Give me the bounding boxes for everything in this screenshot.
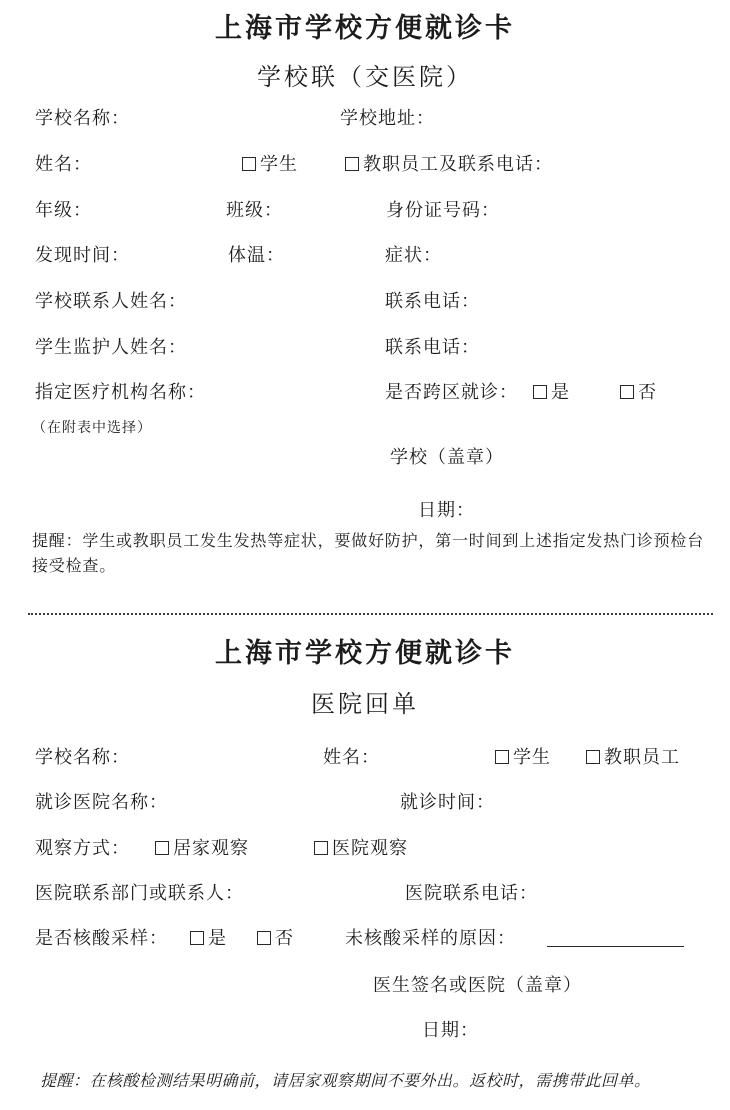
card1-date-label: 日期： — [418, 500, 475, 522]
cross-district-yes-label: 是 — [551, 382, 570, 402]
cross-district-yes-option: 是 — [533, 382, 570, 404]
guardian-name-label: 学生监护人姓名： — [35, 337, 187, 359]
card2-title: 上海市学校方便就诊卡 — [0, 631, 730, 670]
class-label: 班级： — [226, 200, 283, 222]
observation-label: 观察方式： — [35, 838, 130, 860]
nucleic-no-checkbox[interactable] — [257, 931, 271, 945]
staff-checkbox[interactable] — [345, 157, 359, 171]
hospital-observation-label: 医院观察 — [332, 838, 408, 858]
hospital-name-label: 就诊医院名称： — [35, 792, 168, 814]
contact-phone1-label: 联系电话： — [385, 291, 480, 313]
hospital-phone-label: 医院联系电话： — [405, 883, 538, 905]
home-observation-checkbox[interactable] — [155, 841, 169, 855]
temperature-label: 体温： — [228, 245, 285, 267]
card1-title: 上海市学校方便就诊卡 — [0, 6, 730, 45]
name-label-2: 姓名： — [323, 747, 380, 769]
contact-phone2-label: 联系电话： — [385, 337, 480, 359]
id-number-label: 身份证号码： — [386, 200, 500, 222]
student-checkbox[interactable] — [242, 157, 256, 171]
school-name-label-2: 学校名称： — [35, 747, 130, 769]
card2-date-label: 日期： — [422, 1020, 479, 1042]
name-label: 姓名： — [35, 154, 92, 176]
no-sampling-reason-label: 未核酸采样的原因： — [345, 928, 516, 950]
nucleic-yes-label: 是 — [208, 928, 227, 948]
nucleic-yes-checkbox[interactable] — [190, 931, 204, 945]
medical-card-form: 上海市学校方便就诊卡 学校联（交医院） 学校名称： 学校地址： 姓名： 学生 教… — [0, 0, 730, 1110]
cross-district-yes-checkbox[interactable] — [533, 385, 547, 399]
student-label-2: 学生 — [513, 747, 551, 767]
school-contact-name-label: 学校联系人姓名： — [35, 291, 187, 313]
staff-phone-label: 教职员工及联系电话： — [363, 154, 553, 174]
staff-checkbox-2[interactable] — [586, 750, 600, 764]
home-observation-option: 居家观察 — [155, 838, 249, 860]
card2-subtitle: 医院回单 — [0, 684, 730, 719]
hospital-observation-option: 医院观察 — [314, 838, 408, 860]
student-option-2: 学生 — [495, 747, 551, 769]
hospital-contact-label: 医院联系部门或联系人： — [35, 883, 244, 905]
school-seal-label: 学校（盖章） — [390, 447, 504, 469]
school-address-label: 学校地址： — [340, 108, 435, 130]
nucleic-no-label: 否 — [275, 928, 294, 948]
grade-label: 年级： — [35, 200, 92, 222]
nucleic-no-option: 否 — [257, 928, 294, 950]
school-name-label: 学校名称： — [35, 108, 130, 130]
staff-option-2: 教职员工 — [586, 747, 680, 769]
no-sampling-reason-blank[interactable] — [547, 930, 684, 947]
home-observation-label: 居家观察 — [173, 838, 249, 858]
cross-district-no-option: 否 — [620, 382, 657, 404]
nucleic-yes-option: 是 — [190, 928, 227, 950]
doctor-sign-label: 医生签名或医院（盖章） — [373, 975, 582, 997]
student-option: 学生 — [242, 154, 298, 176]
card2-reminder: 提醒：在核酸检测结果明确前，请居家观察期间不要外出。返校时，需携带此回单。 — [40, 1068, 651, 1091]
cross-district-no-checkbox[interactable] — [620, 385, 634, 399]
staff-phone-option: 教职员工及联系电话： — [345, 154, 553, 176]
select-note: （在附表中选择） — [32, 417, 152, 437]
cut-line-divider — [28, 613, 713, 615]
student-checkbox-2[interactable] — [495, 750, 509, 764]
nucleic-sampling-label: 是否核酸采样： — [35, 928, 168, 950]
cross-district-label: 是否跨区就诊： — [385, 382, 518, 404]
designated-org-label: 指定医疗机构名称： — [35, 382, 206, 404]
found-time-label: 发现时间： — [35, 245, 130, 267]
staff-label-2: 教职员工 — [604, 747, 680, 767]
hospital-observation-checkbox[interactable] — [314, 841, 328, 855]
card1-reminder: 提醒：学生或教职员工发生发热等症状，要做好防护，第一时间到上述指定发热门诊预检台… — [32, 530, 708, 580]
card1-subtitle: 学校联（交医院） — [0, 57, 730, 92]
cross-district-no-label: 否 — [638, 382, 657, 402]
symptoms-label: 症状： — [385, 245, 442, 267]
visit-time-label: 就诊时间： — [400, 792, 495, 814]
student-label: 学生 — [260, 154, 298, 174]
